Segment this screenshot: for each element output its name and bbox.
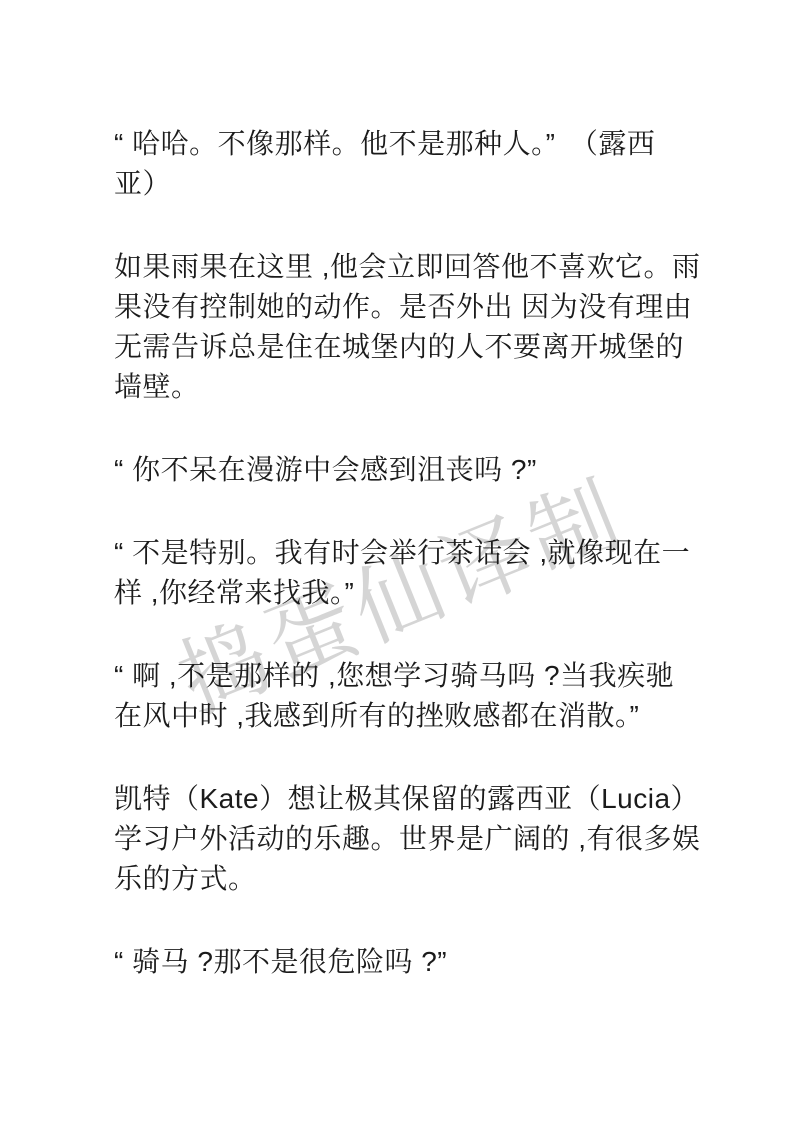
paragraph-riding-invitation: “ 啊 ,不是那样的 ,您想学习骑马吗 ?当我疾驰 在风中时 ,我感到所有的挫败…	[114, 656, 720, 736]
paragraph-hugo-narration: 如果雨果在这里 ,他会立即回答他不喜欢它。雨 果没有控制她的动作。是否外出 因为…	[114, 247, 720, 407]
paragraph-riding-danger-question: “ 骑马 ?那不是很危险吗 ?”	[114, 942, 720, 982]
paragraph-question-roaming: “ 你不呆在漫游中会感到沮丧吗 ?”	[114, 450, 720, 490]
page: 捣蛋仙译制 “ 哈哈。不像那样。他不是那种人。” （露西 亚） 如果雨果在这里 …	[0, 0, 793, 1122]
paragraph-tea-party-reply: “ 不是特别。我有时会举行茶话会 ,就像现在一 样 ,你经常来找我。”	[114, 533, 720, 613]
paragraph-lucia-quote: “ 哈哈。不像那样。他不是那种人。” （露西 亚）	[114, 124, 720, 204]
paragraph-kate-narration: 凯特（Kate）想让极其保留的露西亚（Lucia） 学习户外活动的乐趣。世界是广…	[114, 779, 720, 899]
body-text: “ 哈哈。不像那样。他不是那种人。” （露西 亚） 如果雨果在这里 ,他会立即回…	[114, 124, 720, 982]
